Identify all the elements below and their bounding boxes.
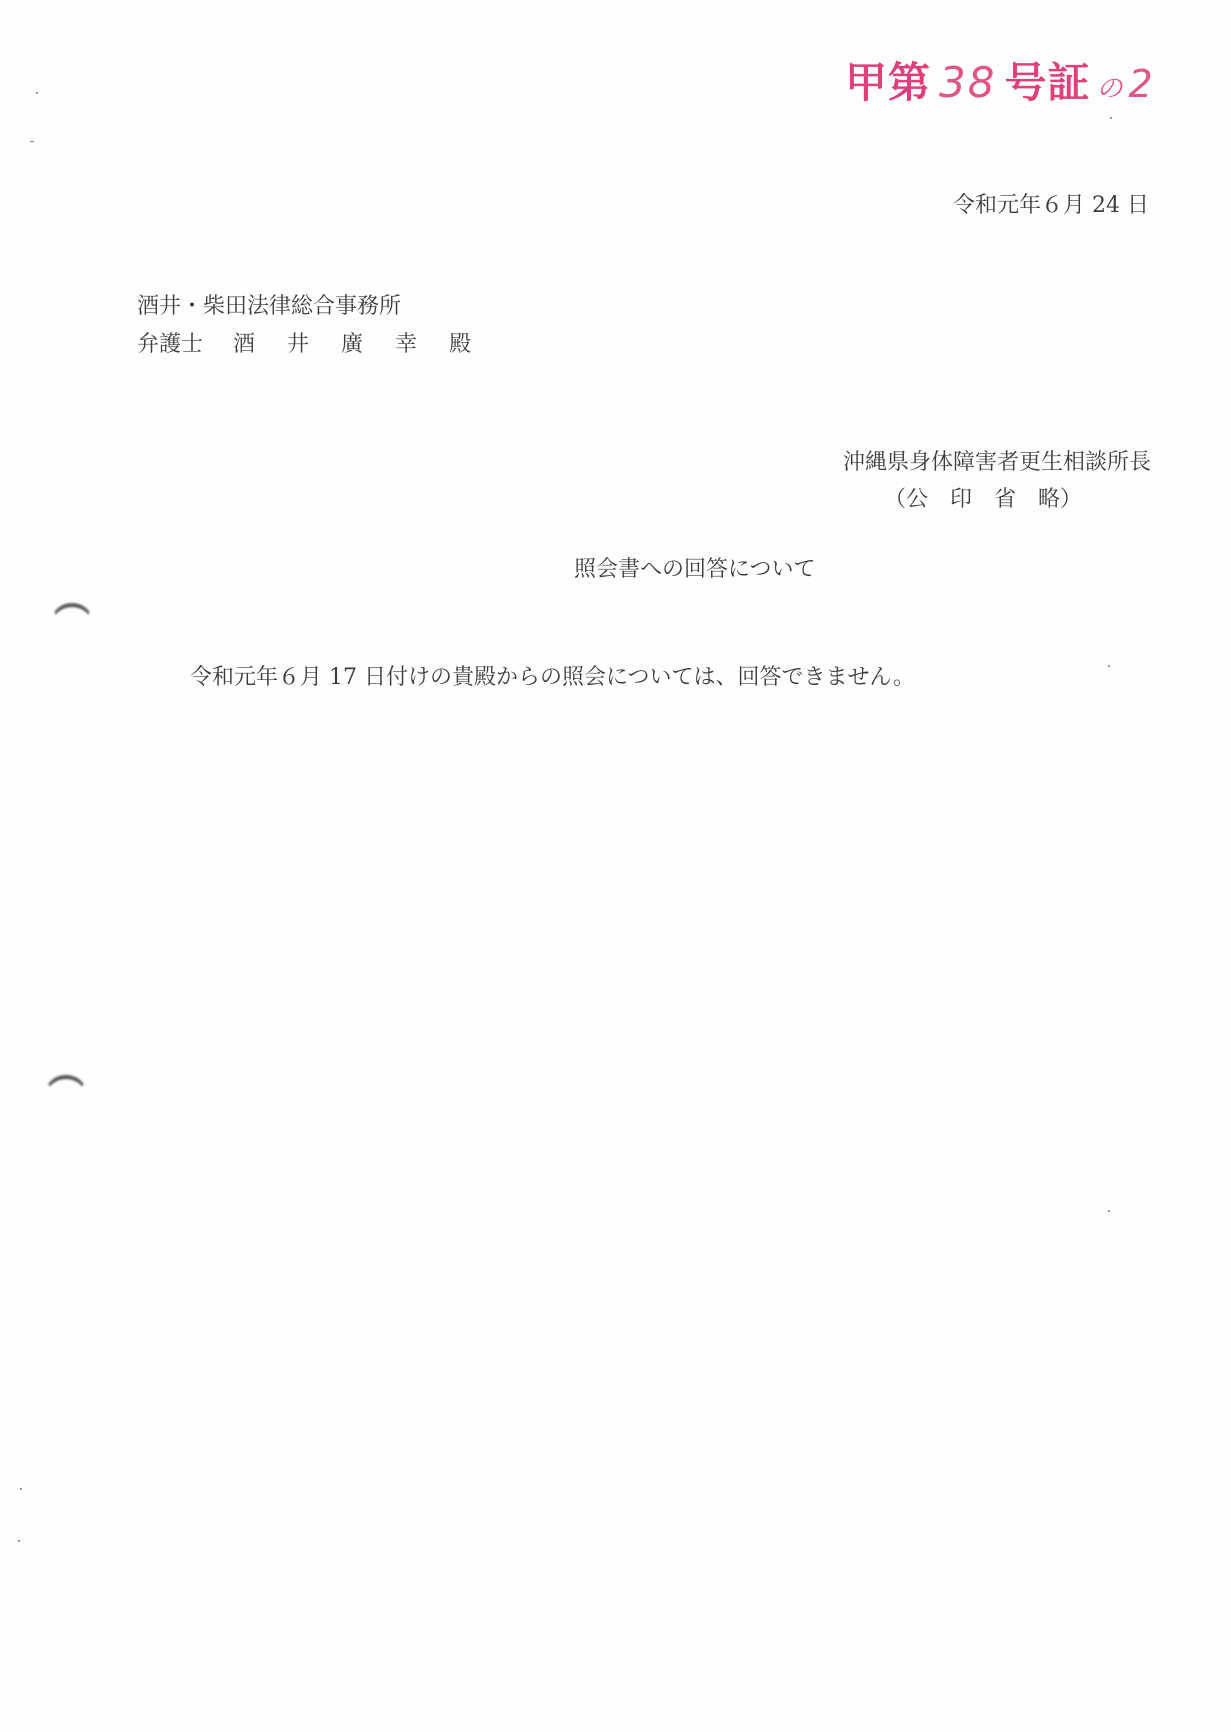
scan-speck (36, 92, 38, 94)
scan-speck (18, 1540, 20, 1542)
punch-hole-mark (44, 1075, 88, 1119)
punch-hole-mark (50, 603, 94, 647)
addressee-name-char: 廣 (341, 334, 363, 356)
addressee-honorific: 殿 (449, 334, 471, 356)
addressee-title: 弁護士 (137, 334, 203, 356)
exhibit-stamp-branch: の2 (1096, 62, 1152, 106)
sender-organization: 沖縄県身体障害者更生相談所長 (843, 452, 1151, 474)
addressee-name-char: 酒 (233, 334, 255, 356)
scan-speck (1108, 665, 1110, 667)
addressee-name-char: 幸 (395, 334, 417, 356)
scan-speck (20, 1488, 22, 1490)
exhibit-stamp-branch-num: 2 (1129, 62, 1153, 106)
document-subject: 照会書への回答について (574, 559, 816, 581)
seal-omitted-note: （公 印 省 略） (884, 489, 1082, 511)
exhibit-stamp: 甲第 38 号証 の2 (845, 50, 1153, 110)
addressee-office: 酒井・柴田法律総合事務所 (137, 296, 401, 318)
addressee-name: 弁護士酒井廣幸殿 (137, 334, 471, 356)
exhibit-stamp-branch-no: の (1096, 74, 1122, 104)
scan-speck (1110, 117, 1112, 119)
scan-speck (1108, 1210, 1110, 1212)
exhibit-stamp-suffix: 号証 (1004, 50, 1090, 110)
document-body: 令和元年６月 17 日付けの貴殿からの照会については、回答できません。 (190, 667, 915, 689)
document-page: 甲第 38 号証 の2 令和元年６月 24 日 酒井・柴田法律総合事務所 弁護士… (0, 0, 1231, 1732)
exhibit-stamp-prefix: 甲第 (845, 50, 931, 110)
addressee-name-char: 井 (287, 334, 309, 356)
exhibit-stamp-number: 38 (939, 58, 996, 107)
scan-speck (30, 141, 34, 142)
document-date: 令和元年６月 24 日 (953, 195, 1149, 217)
